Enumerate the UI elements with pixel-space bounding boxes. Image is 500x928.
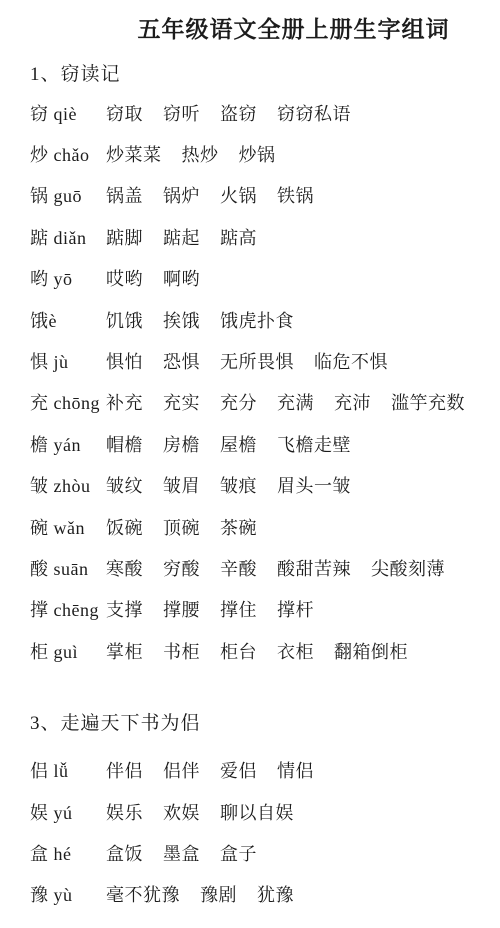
word-group-item: 饿虎扑食 (220, 307, 294, 333)
vocab-row: 哟 yō哎哟啊哟 (30, 258, 492, 299)
word-group-item: 踮脚 (106, 224, 143, 250)
word-group-item: 踮起 (163, 224, 200, 250)
word-group-item: 撑住 (220, 596, 257, 622)
page-title: 五年级语文全册上册生字组词 (30, 14, 492, 46)
word-group-item: 豫剧 (200, 881, 237, 907)
word-group-item: 聊以自娱 (220, 799, 294, 825)
vocab-row-group: 窃 qiè窃取窃听盗窃窃窃私语炒 chǎo炒菜菜热炒炒锅锅 guō锅盖锅炉火锅铁… (30, 92, 492, 671)
word-group-item: 伴侣 (106, 757, 143, 783)
vocab-row: 皱 zhòu皱纹皱眉皱痕眉头一皱 (30, 465, 492, 506)
word-group-item: 爱侣 (220, 757, 257, 783)
vocab-row: 盒 hé盒饭墨盒盒子 (30, 832, 492, 873)
word-group-item: 锅炉 (163, 182, 200, 208)
headword-pinyin: 踮 diǎn (30, 224, 106, 250)
word-group-item: 眉头一皱 (277, 472, 351, 498)
word-group-item: 啊哟 (163, 265, 200, 291)
document-page: 五年级语文全册上册生字组词 1、窃读记窃 qiè窃取窃听盗窃窃窃私语炒 chǎo… (0, 0, 500, 928)
word-group-item: 饥饿 (106, 307, 143, 333)
word-group-item: 柜台 (220, 638, 257, 664)
word-group-item: 支撑 (106, 596, 143, 622)
word-group-item: 毫不犹豫 (106, 881, 180, 907)
vocab-row: 炒 chǎo炒菜菜热炒炒锅 (30, 133, 492, 174)
headword-pinyin: 柜 guì (30, 638, 106, 664)
vocab-row: 踮 diǎn踮脚踮起踮高 (30, 216, 492, 257)
vocab-row: 撑 chēng支撑撑腰撑住撑杆 (30, 589, 492, 630)
vocab-row: 饿è饥饿挨饿饿虎扑食 (30, 299, 492, 340)
word-group-item: 踮高 (220, 224, 257, 250)
word-group-item: 衣柜 (277, 638, 314, 664)
word-group-item: 茶碗 (220, 514, 257, 540)
word-group-item: 窃取 (106, 100, 143, 126)
word-group-item: 充实 (163, 389, 200, 415)
sections: 1、窃读记窃 qiè窃取窃听盗窃窃窃私语炒 chǎo炒菜菜热炒炒锅锅 guō锅盖… (30, 62, 492, 915)
word-group-item: 充满 (277, 389, 314, 415)
word-group-item: 饭碗 (106, 514, 143, 540)
headword-pinyin: 娱 yú (30, 799, 106, 825)
vocab-row: 侣 lǚ伴侣侣伴爱侣情侣 (30, 749, 492, 790)
word-group-item: 充分 (220, 389, 257, 415)
vocab-row: 窃 qiè窃取窃听盗窃窃窃私语 (30, 92, 492, 133)
word-group-item: 皱纹 (106, 472, 143, 498)
word-group-item: 屋檐 (220, 431, 257, 457)
word-group-item: 情侣 (277, 757, 314, 783)
word-group-item: 撑腰 (163, 596, 200, 622)
headword-pinyin: 皱 zhòu (30, 472, 106, 498)
word-group-item: 挨饿 (163, 307, 200, 333)
word-group-item: 无所畏惧 (220, 348, 294, 374)
word-group-item: 窃听 (163, 100, 200, 126)
headword-pinyin: 檐 yán (30, 431, 106, 457)
vocab-row: 惧 jù惧怕恐惧无所畏惧临危不惧 (30, 340, 492, 381)
word-group-item: 皱痕 (220, 472, 257, 498)
vocab-row: 柜 guì掌柜书柜柜台衣柜翻箱倒柜 (30, 630, 492, 671)
word-group-item: 寒酸 (106, 555, 143, 581)
word-group-item: 锅盖 (106, 182, 143, 208)
word-group-item: 炒锅 (239, 141, 276, 167)
vocab-row: 豫 yù毫不犹豫豫剧犹豫 (30, 874, 492, 915)
word-group-item: 书柜 (163, 638, 200, 664)
headword-pinyin: 窃 qiè (30, 100, 106, 126)
word-group-item: 盗窃 (220, 100, 257, 126)
word-group-item: 盒子 (220, 840, 257, 866)
vocab-row: 充 chōng补充充实充分充满充沛滥竽充数 (30, 382, 492, 423)
word-group-item: 墨盒 (163, 840, 200, 866)
word-group-item: 翻箱倒柜 (334, 638, 408, 664)
vocab-row: 檐 yán帽檐房檐屋檐飞檐走壁 (30, 423, 492, 464)
word-group-item: 顶碗 (163, 514, 200, 540)
headword-pinyin: 饿è (30, 307, 106, 333)
word-group-item: 盒饭 (106, 840, 143, 866)
word-group-item: 飞檐走壁 (277, 431, 351, 457)
vocab-row: 酸 suān寒酸穷酸辛酸酸甜苦辣尖酸刻薄 (30, 547, 492, 588)
headword-pinyin: 充 chōng (30, 389, 106, 415)
headword-pinyin: 碗 wǎn (30, 514, 106, 540)
word-group-item: 热炒 (182, 141, 219, 167)
word-group-item: 滥竽充数 (391, 389, 465, 415)
vocab-row: 碗 wǎn饭碗顶碗茶碗 (30, 506, 492, 547)
word-group-item: 铁锅 (277, 182, 314, 208)
word-group-item: 窃窃私语 (277, 100, 351, 126)
word-group-item: 恐惧 (163, 348, 200, 374)
word-group-item: 房檐 (163, 431, 200, 457)
word-group-item: 哎哟 (106, 265, 143, 291)
word-group-item: 酸甜苦辣 (277, 555, 351, 581)
headword-pinyin: 撑 chēng (30, 596, 106, 622)
section-heading: 1、窃读记 (30, 62, 492, 88)
vocab-row: 锅 guō锅盖锅炉火锅铁锅 (30, 175, 492, 216)
word-group-item: 帽檐 (106, 431, 143, 457)
word-group-item: 尖酸刻薄 (371, 555, 445, 581)
headword-pinyin: 哟 yō (30, 265, 106, 291)
headword-pinyin: 侣 lǚ (30, 757, 106, 783)
word-group-item: 炒菜菜 (106, 141, 162, 167)
headword-pinyin: 酸 suān (30, 555, 106, 581)
vocab-row: 娱 yú娱乐欢娱聊以自娱 (30, 791, 492, 832)
headword-pinyin: 豫 yù (30, 881, 106, 907)
word-group-item: 临危不惧 (314, 348, 388, 374)
word-group-item: 补充 (106, 389, 143, 415)
headword-pinyin: 锅 guō (30, 182, 106, 208)
section-heading: 3、走遍天下书为侣 (30, 711, 492, 737)
headword-pinyin: 惧 jù (30, 348, 106, 374)
word-group-item: 惧怕 (106, 348, 143, 374)
word-group-item: 皱眉 (163, 472, 200, 498)
word-group-item: 侣伴 (163, 757, 200, 783)
word-group-item: 娱乐 (106, 799, 143, 825)
headword-pinyin: 炒 chǎo (30, 141, 106, 167)
word-group-item: 充沛 (334, 389, 371, 415)
word-group-item: 掌柜 (106, 638, 143, 664)
word-group-item: 撑杆 (277, 596, 314, 622)
word-group-item: 穷酸 (163, 555, 200, 581)
word-group-item: 火锅 (220, 182, 257, 208)
vocab-row-group: 侣 lǚ伴侣侣伴爱侣情侣娱 yú娱乐欢娱聊以自娱盒 hé盒饭墨盒盒子豫 yù毫不… (30, 749, 492, 915)
word-group-item: 欢娱 (163, 799, 200, 825)
word-group-item: 辛酸 (220, 555, 257, 581)
word-group-item: 犹豫 (257, 881, 294, 907)
headword-pinyin: 盒 hé (30, 840, 106, 866)
